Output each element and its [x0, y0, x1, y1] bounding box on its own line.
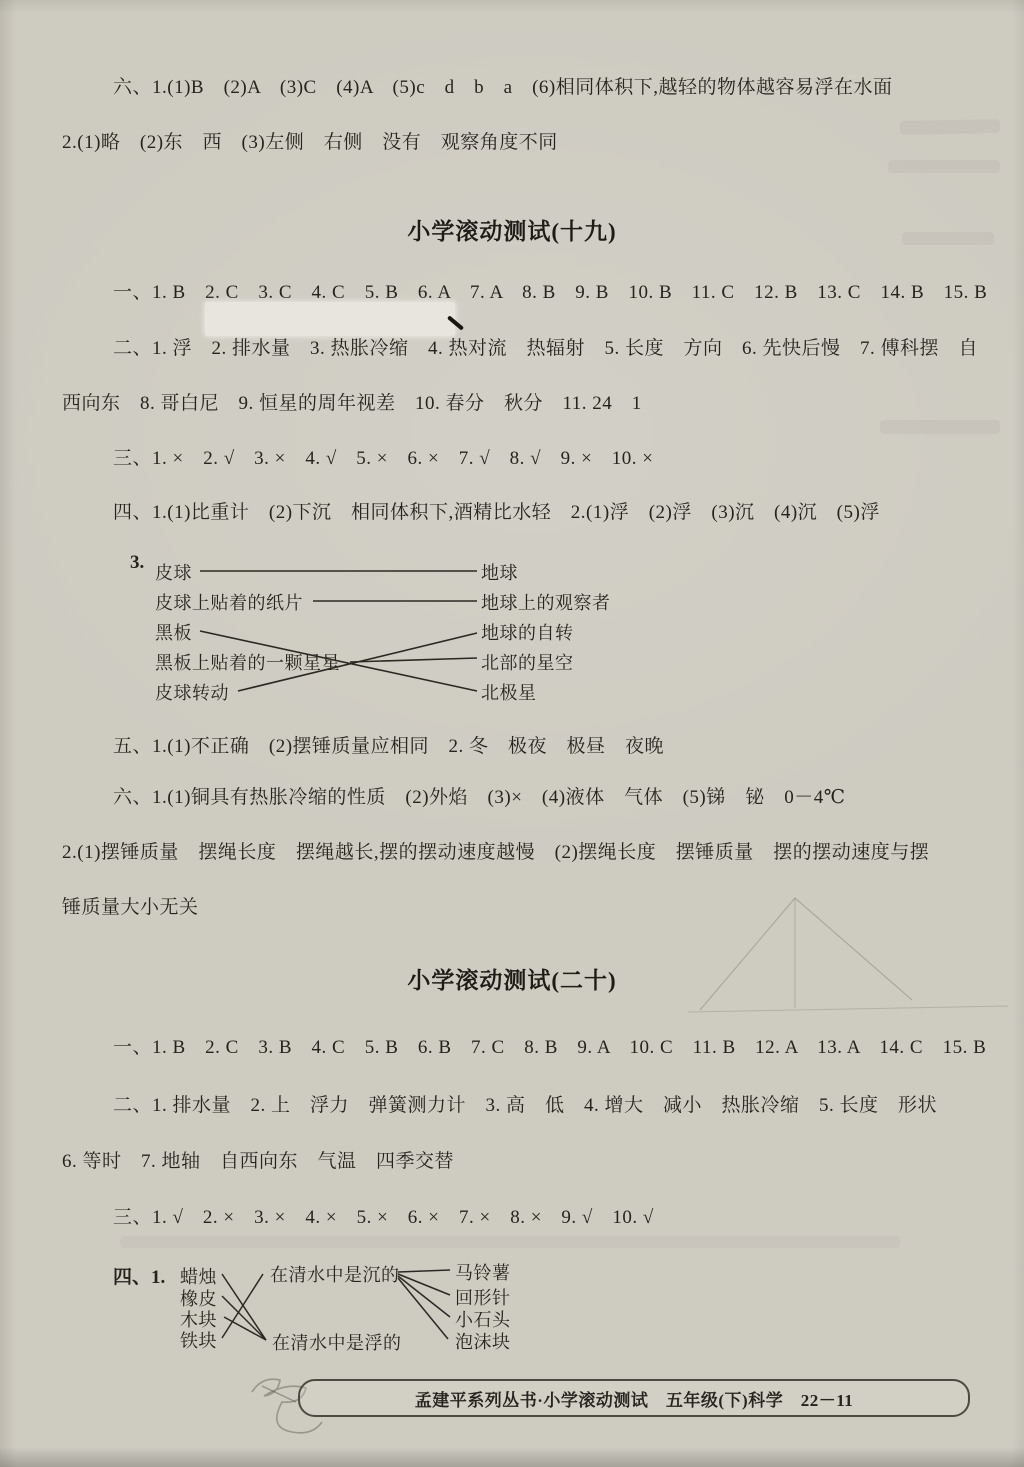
test19-title: 小学滚动测试(十九)	[0, 213, 1024, 246]
matching-left-item: 黑板上贴着的一颗星星	[155, 649, 340, 675]
correction-tape	[205, 302, 455, 336]
matching-left-item: 铁块	[180, 1327, 217, 1353]
bleed-through-marks	[888, 160, 1000, 173]
matching-label: 四、1.	[113, 1262, 165, 1289]
matching-middle-item: 在清水中是沉的	[270, 1261, 400, 1287]
answer-line-short: 锤质量大小无关	[62, 896, 990, 920]
matching-middle-item: 在清水中是浮的	[272, 1329, 402, 1355]
answer-line-fill: 6. 等时 7. 地轴 自西向东 气温 四季交替	[62, 1150, 990, 1174]
matching-right-item: 地球	[481, 559, 518, 585]
test20-title: 小学滚动测试(二十)	[0, 962, 1024, 995]
answer-sheet-page: 六、1.(1)B (2)A (3)C (4)A (5)c d b a (6)相同…	[0, 0, 1024, 1467]
matching-left-item: 黑板	[155, 619, 192, 645]
matching-right-item: 地球的自转	[481, 619, 574, 645]
bleed-through-marks	[120, 1236, 900, 1248]
answer-line-fill: 二、1. 浮 2. 排水量 3. 热胀冷缩 4. 热对流 热辐射 5. 长度 方…	[113, 337, 990, 361]
bleed-through-marks	[880, 420, 1000, 434]
answer-line-short: 四、1.(1)比重计 (2)下沉 相同体积下,酒精比水轻 2.(1)浮 (2)浮…	[113, 501, 990, 525]
matching-right-item: 泡沫块	[455, 1328, 511, 1354]
answer-line-fill: 西向东 8. 哥白尼 9. 恒星的周年视差 10. 春分 秋分 11. 24 1	[62, 392, 990, 416]
answer-line: 2.(1)略 (2)东 西 (3)左侧 右侧 没有 观察角度不同	[62, 131, 990, 155]
answer-line-choice: 一、1. B 2. C 3. B 4. C 5. B 6. B 7. C 8. …	[113, 1036, 990, 1060]
matching-right-item: 马铃薯	[455, 1259, 511, 1285]
matching-right-item: 北极星	[481, 679, 537, 705]
answer-line-truefalse: 三、1. √ 2. × 3. × 4. × 5. × 6. × 7. × 8. …	[113, 1206, 990, 1230]
matching-left-item: 皮球转动	[155, 679, 229, 705]
answer-line-truefalse: 三、1. × 2. √ 3. × 4. √ 5. × 6. × 7. √ 8. …	[113, 447, 990, 471]
matching-left-item: 皮球上贴着的纸片	[155, 589, 303, 615]
answer-line-fill: 二、1. 排水量 2. 上 浮力 弹簧测力计 3. 高 低 4. 增大 减小 热…	[113, 1094, 990, 1118]
answer-line-short: 2.(1)摆锤质量 摆绳长度 摆绳越长,摆的摆动速度越慢 (2)摆绳长度 摆锤质…	[62, 841, 990, 865]
answer-line-short: 五、1.(1)不正确 (2)摆锤质量应相同 2. 冬 极夜 极昼 夜晚	[113, 735, 990, 759]
matching-left-item: 皮球	[155, 559, 192, 585]
matching-right-item: 地球上的观察者	[481, 589, 611, 615]
answer-line-short: 六、1.(1)铜具有热胀冷缩的性质 (2)外焰 (3)× (4)液体 气体 (5…	[113, 786, 990, 810]
footer-text: 孟建平系列丛书·小学滚动测试 五年级(下)科学 22－11	[415, 1386, 854, 1411]
matching-right-item: 北部的星空	[481, 649, 574, 675]
matching-label: 3.	[130, 552, 144, 574]
footer-banner: 孟建平系列丛书·小学滚动测试 五年级(下)科学 22－11	[298, 1379, 970, 1417]
answer-line: 六、1.(1)B (2)A (3)C (4)A (5)c d b a (6)相同…	[113, 76, 990, 100]
